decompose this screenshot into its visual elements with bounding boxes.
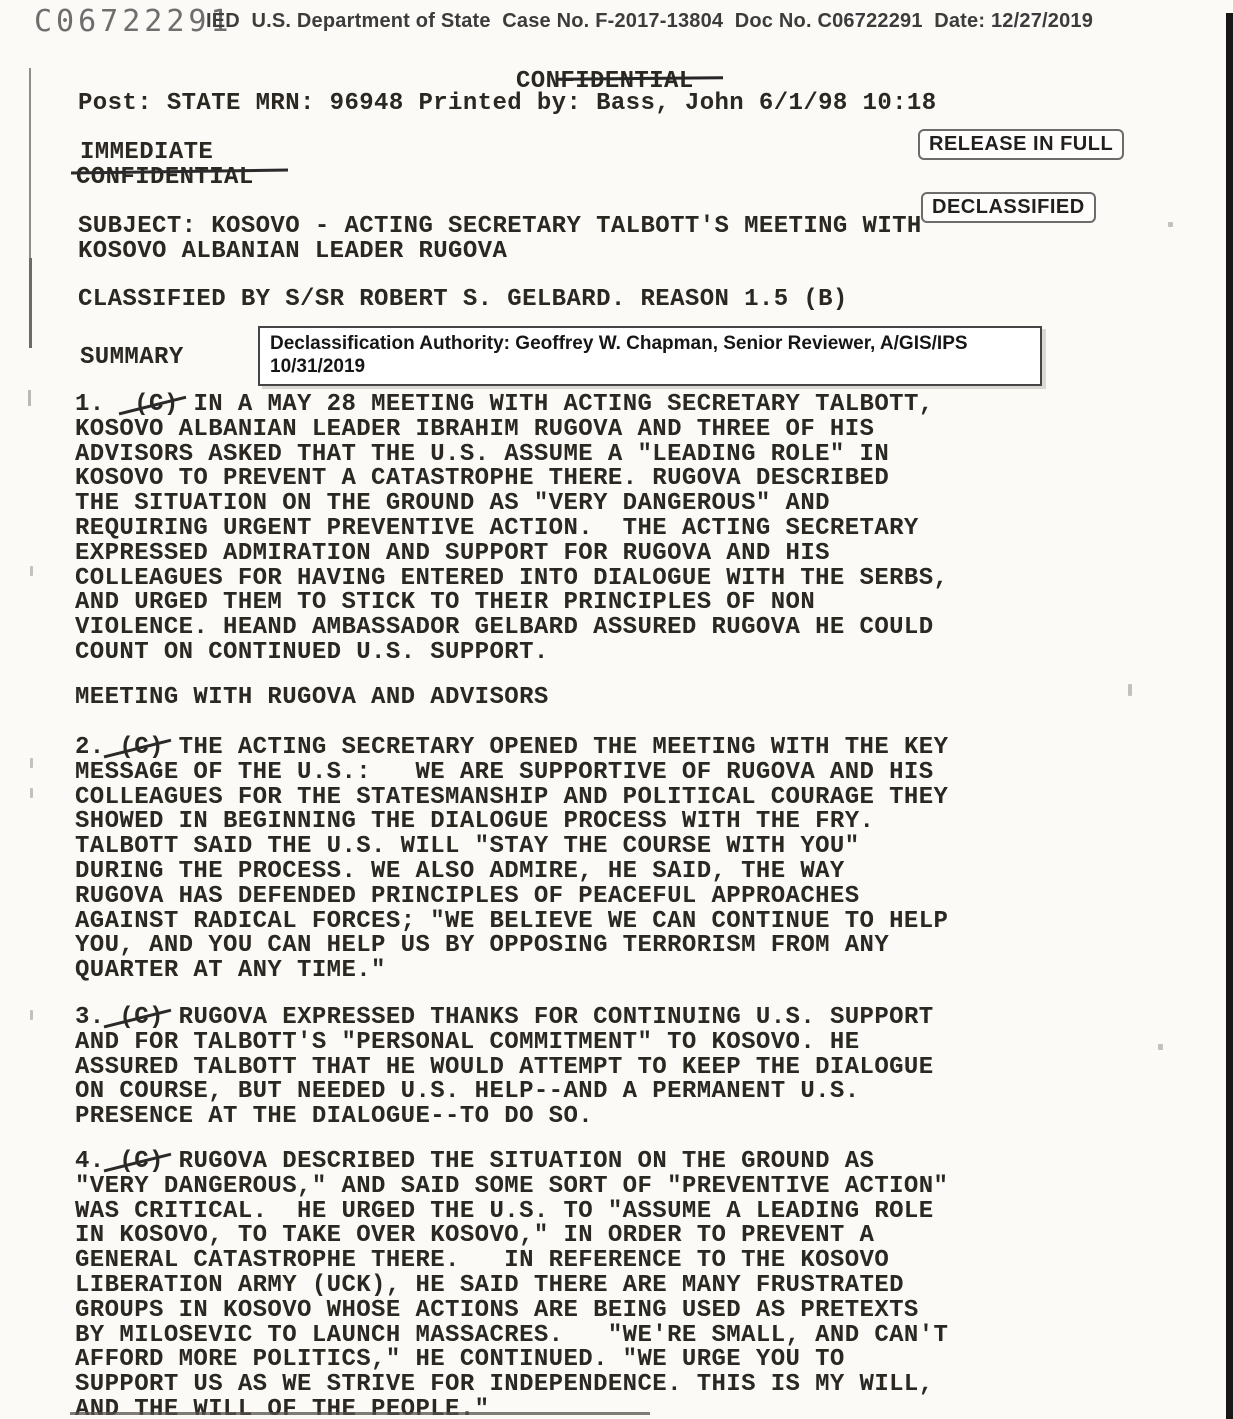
classified-by-line: CLASSIFIED BY S/SR ROBERT S. GELBARD. RE… [78, 288, 848, 313]
scan-edge-bar [1226, 13, 1233, 1419]
post-line: Post: STATE MRN: 96948 Printed by: Bass,… [78, 92, 937, 117]
paragraph-text: RUGOVA DESCRIBED THE SITUATION ON THE GR… [75, 1148, 948, 1419]
classification-marker: (C) [119, 1006, 163, 1031]
paragraph-number: 1. [75, 391, 134, 418]
paragraph-text: RUGOVA EXPRESSED THANKS FOR CONTINUING U… [75, 1004, 934, 1130]
classification-marker: (C) [119, 736, 163, 761]
section-heading: MEETING WITH RUGOVA AND ADVISORS [75, 686, 549, 711]
document-id: C06722291 [34, 4, 233, 39]
release-in-full-stamp: RELEASE IN FULL [918, 129, 1124, 160]
declassification-authority-box: Declassification Authority: Geoffrey W. … [258, 326, 1042, 386]
foia-header-line: IED U.S. Department of State Case No. F-… [206, 10, 1093, 33]
declassified-stamp: DECLASSIFIED [921, 192, 1096, 223]
scan-speck [30, 1010, 33, 1020]
paragraph-number: 2. [75, 734, 119, 761]
declass-authority-line: Declassification Authority: Geoffrey W. … [270, 333, 968, 354]
declass-date: 10/31/2019 [270, 356, 365, 377]
paragraph-4: 4. (C) RUGOVA DESCRIBED THE SITUATION ON… [75, 1150, 948, 1419]
classification-marker: (C) [119, 1150, 163, 1175]
scan-margin-tick [28, 390, 31, 406]
paragraph-number: 4. [75, 1148, 119, 1175]
scanned-document-page: C06722291 IED U.S. Department of State C… [0, 0, 1233, 1419]
scan-speck [30, 566, 33, 576]
paragraph-text: IN A MAY 28 MEETING WITH ACTING SECRETAR… [75, 391, 948, 666]
summary-label: SUMMARY [80, 346, 184, 371]
paragraph-3: 3. (C) RUGOVA EXPRESSED THANKS FOR CONTI… [75, 1006, 934, 1130]
scan-speck [1168, 222, 1173, 227]
paragraph-2: 2. (C) THE ACTING SECRETARY OPENED THE M… [75, 736, 948, 984]
scan-speck [30, 758, 33, 768]
scan-speck [30, 788, 33, 798]
scan-margin-line [29, 68, 31, 268]
paragraph-text: THE ACTING SECRETARY OPENED THE MEETING … [75, 734, 948, 984]
paragraph-1: 1. (C) IN A MAY 28 MEETING WITH ACTING S… [75, 393, 948, 666]
subject-line: SUBJECT: KOSOVO - ACTING SECRETARY TALBO… [78, 215, 922, 265]
precedence-label: IMMEDIATE [80, 141, 213, 166]
scan-margin-line-dark [29, 258, 32, 348]
scan-speck [1128, 684, 1132, 696]
struck-classification: CONFIDENTIAL [76, 166, 254, 191]
paragraph-number: 3. [75, 1004, 119, 1031]
scan-speck [1158, 1044, 1163, 1050]
classification-marker: (C) [134, 393, 178, 418]
scan-underline-artifact [70, 1412, 650, 1415]
